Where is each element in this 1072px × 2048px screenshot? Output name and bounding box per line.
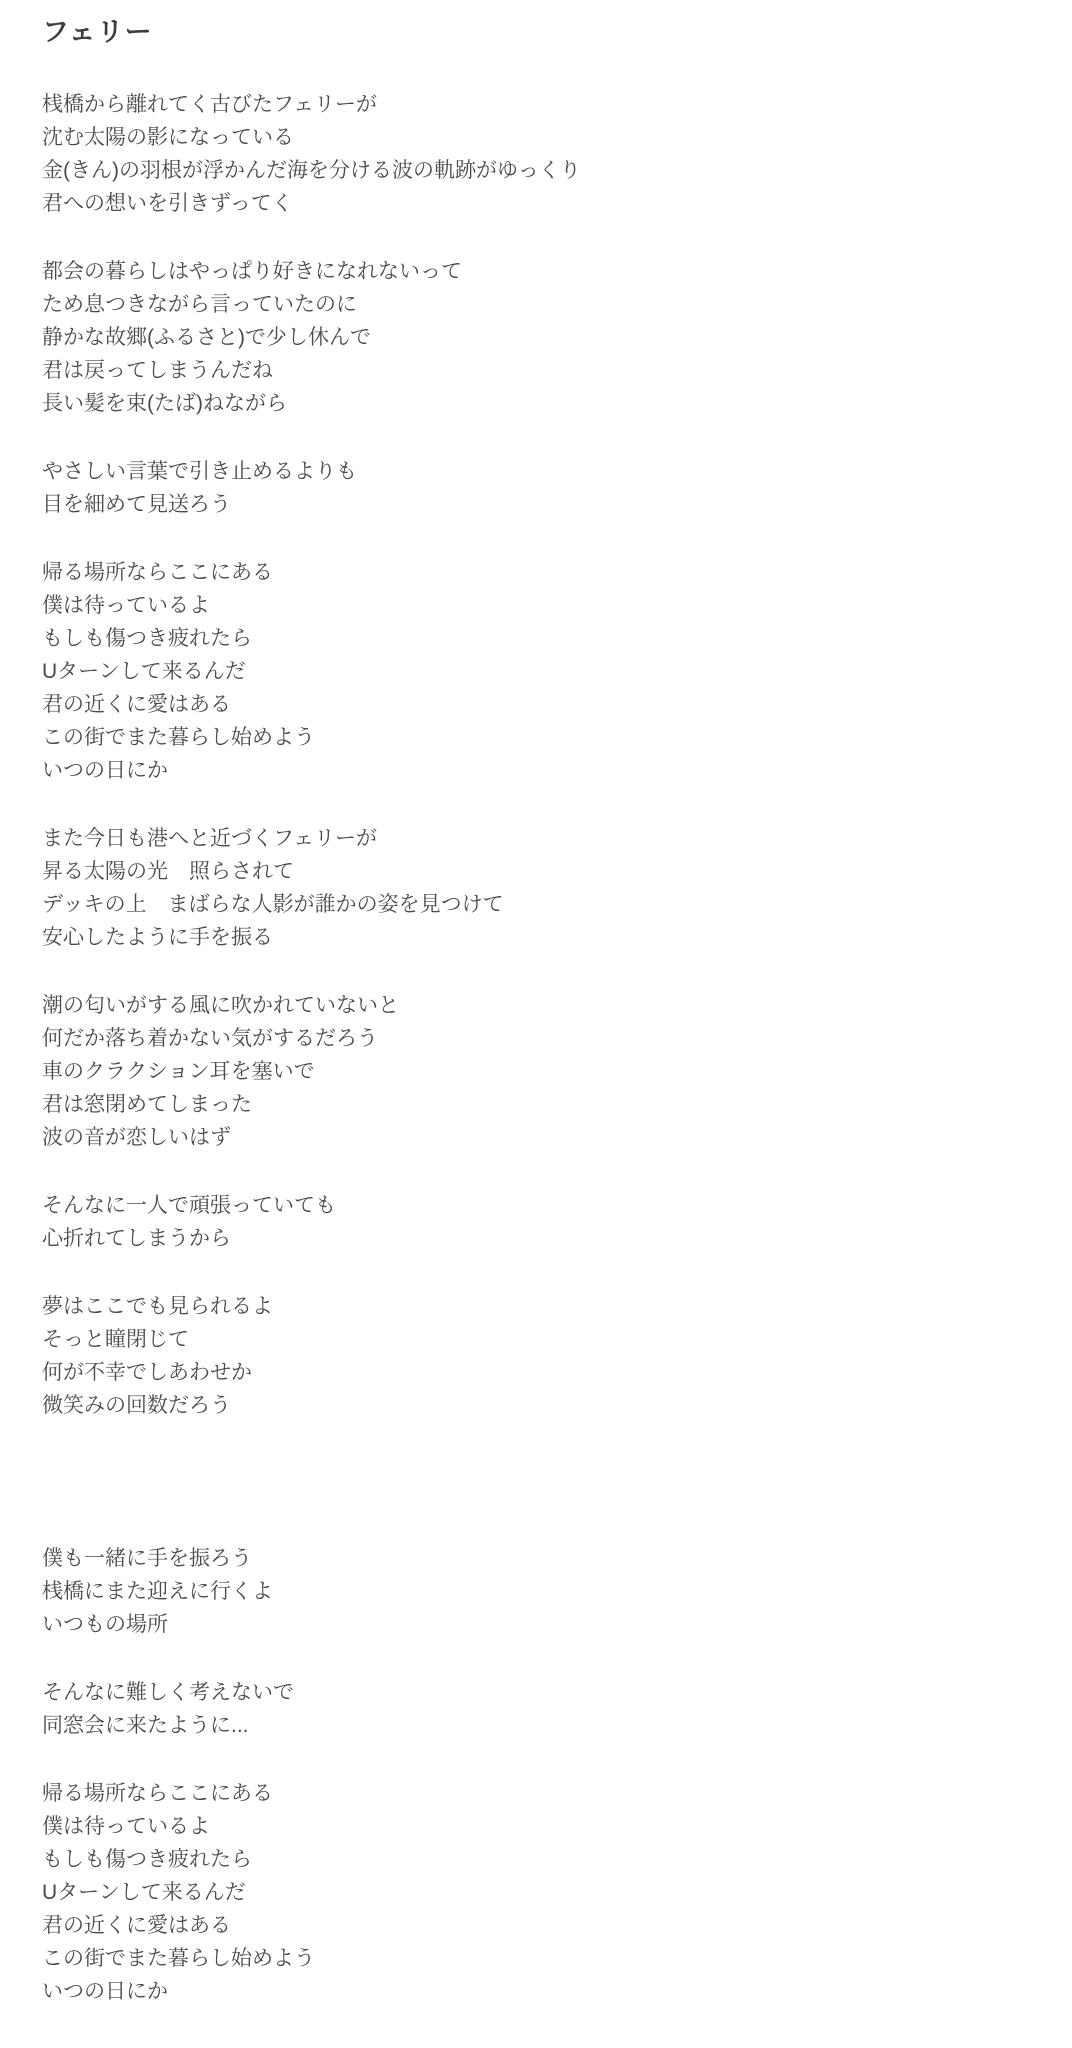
lyric-line: 僕も一緒に手を振ろう	[42, 1542, 1032, 1575]
lyric-line: Uターンして来るんだ	[42, 655, 1032, 688]
lyrics-body: 桟橋から離れてく古びたフェリーが沈む太陽の影になっている金(きん)の羽根が浮かん…	[42, 88, 1032, 2008]
lyric-line: 桟橋から離れてく古びたフェリーが	[42, 88, 1032, 121]
lyric-line: 僕は待っているよ	[42, 589, 1032, 622]
lyric-line: 君の近くに愛はある	[42, 688, 1032, 721]
lyric-line: 帰る場所ならここにある	[42, 1777, 1032, 1810]
lyric-line: いつもの場所	[42, 1608, 1032, 1641]
lyric-line: 何だか落ち着かない気がするだろう	[42, 1022, 1032, 1055]
lyric-line: 波の音が恋しいはず	[42, 1121, 1032, 1154]
lyric-line: やさしい言葉で引き止めるよりも	[42, 455, 1032, 488]
lyric-line: 君の近くに愛はある	[42, 1909, 1032, 1942]
lyric-line: 昇る太陽の光 照らされて	[42, 855, 1032, 888]
lyric-line: 長い髪を束(たば)ねながら	[42, 387, 1032, 420]
lyric-line: 安心したように手を振る	[42, 921, 1032, 954]
lyric-line: 何が不幸でしあわせか	[42, 1356, 1032, 1389]
lyrics-page: フェリー 桟橋から離れてく古びたフェリーが沈む太陽の影になっている金(きん)の羽…	[0, 0, 1072, 2008]
lyric-line: いつの日にか	[42, 754, 1032, 787]
lyric-line: また今日も港へと近づくフェリーが	[42, 822, 1032, 855]
lyric-line: もしも傷つき疲れたら	[42, 1843, 1032, 1876]
stanza: 都会の暮らしはやっぱり好きになれないってため息つきながら言っていたのに静かな故郷…	[42, 255, 1032, 420]
stanza: そんなに難しく考えないで同窓会に来たように...	[42, 1676, 1032, 1742]
lyric-line: 目を細めて見送ろう	[42, 488, 1032, 521]
lyric-line: この街でまた暮らし始めよう	[42, 1942, 1032, 1975]
lyric-line: 僕は待っているよ	[42, 1810, 1032, 1843]
stanza: 帰る場所ならここにある僕は待っているよもしも傷つき疲れたらUターンして来るんだ君…	[42, 1777, 1032, 2008]
lyric-line: デッキの上 まばらな人影が誰かの姿を見つけて	[42, 888, 1032, 921]
lyric-line: 夢はここでも見られるよ	[42, 1290, 1032, 1323]
lyric-line: 君への想いを引きずってく	[42, 187, 1032, 220]
page-title: フェリー	[42, 14, 1032, 50]
stanza: 夢はここでも見られるよそっと瞳閉じて何が不幸でしあわせか微笑みの回数だろう	[42, 1290, 1032, 1422]
stanza: やさしい言葉で引き止めるよりも目を細めて見送ろう	[42, 455, 1032, 521]
stanza: 潮の匂いがする風に吹かれていないと何だか落ち着かない気がするだろう車のクラクショ…	[42, 989, 1032, 1154]
lyric-line: Uターンして来るんだ	[42, 1876, 1032, 1909]
lyric-line: 桟橋にまた迎えに行くよ	[42, 1575, 1032, 1608]
lyric-line: 帰る場所ならここにある	[42, 556, 1032, 589]
lyric-line: そっと瞳閉じて	[42, 1323, 1032, 1356]
lyric-line: 金(きん)の羽根が浮かんだ海を分ける波の軌跡がゆっくり	[42, 154, 1032, 187]
lyric-line: 微笑みの回数だろう	[42, 1389, 1032, 1422]
stanza: 桟橋から離れてく古びたフェリーが沈む太陽の影になっている金(きん)の羽根が浮かん…	[42, 88, 1032, 220]
lyric-line: 潮の匂いがする風に吹かれていないと	[42, 989, 1032, 1022]
lyric-line: ため息つきながら言っていたのに	[42, 288, 1032, 321]
lyric-line: 君は戻ってしまうんだね	[42, 354, 1032, 387]
stanza: 僕も一緒に手を振ろう桟橋にまた迎えに行くよいつもの場所	[42, 1542, 1032, 1641]
lyric-line: もしも傷つき疲れたら	[42, 622, 1032, 655]
stanza: また今日も港へと近づくフェリーが昇る太陽の光 照らされてデッキの上 まばらな人影…	[42, 822, 1032, 954]
lyric-line: そんなに難しく考えないで	[42, 1676, 1032, 1709]
stanza: そんなに一人で頑張っていても心折れてしまうから	[42, 1189, 1032, 1255]
lyric-line: 君は窓閉めてしまった	[42, 1088, 1032, 1121]
lyric-line: 車のクラクション耳を塞いで	[42, 1055, 1032, 1088]
lyric-line: 心折れてしまうから	[42, 1222, 1032, 1255]
stanza: 帰る場所ならここにある僕は待っているよもしも傷つき疲れたらUターンして来るんだ君…	[42, 556, 1032, 787]
lyric-line: この街でまた暮らし始めよう	[42, 721, 1032, 754]
lyric-line: 静かな故郷(ふるさと)で少し休んで	[42, 321, 1032, 354]
lyric-line: そんなに一人で頑張っていても	[42, 1189, 1032, 1222]
lyric-line: 同窓会に来たように...	[42, 1709, 1032, 1742]
lyric-line: 沈む太陽の影になっている	[42, 121, 1032, 154]
lyric-line: いつの日にか	[42, 1975, 1032, 2008]
lyric-line: 都会の暮らしはやっぱり好きになれないって	[42, 255, 1032, 288]
